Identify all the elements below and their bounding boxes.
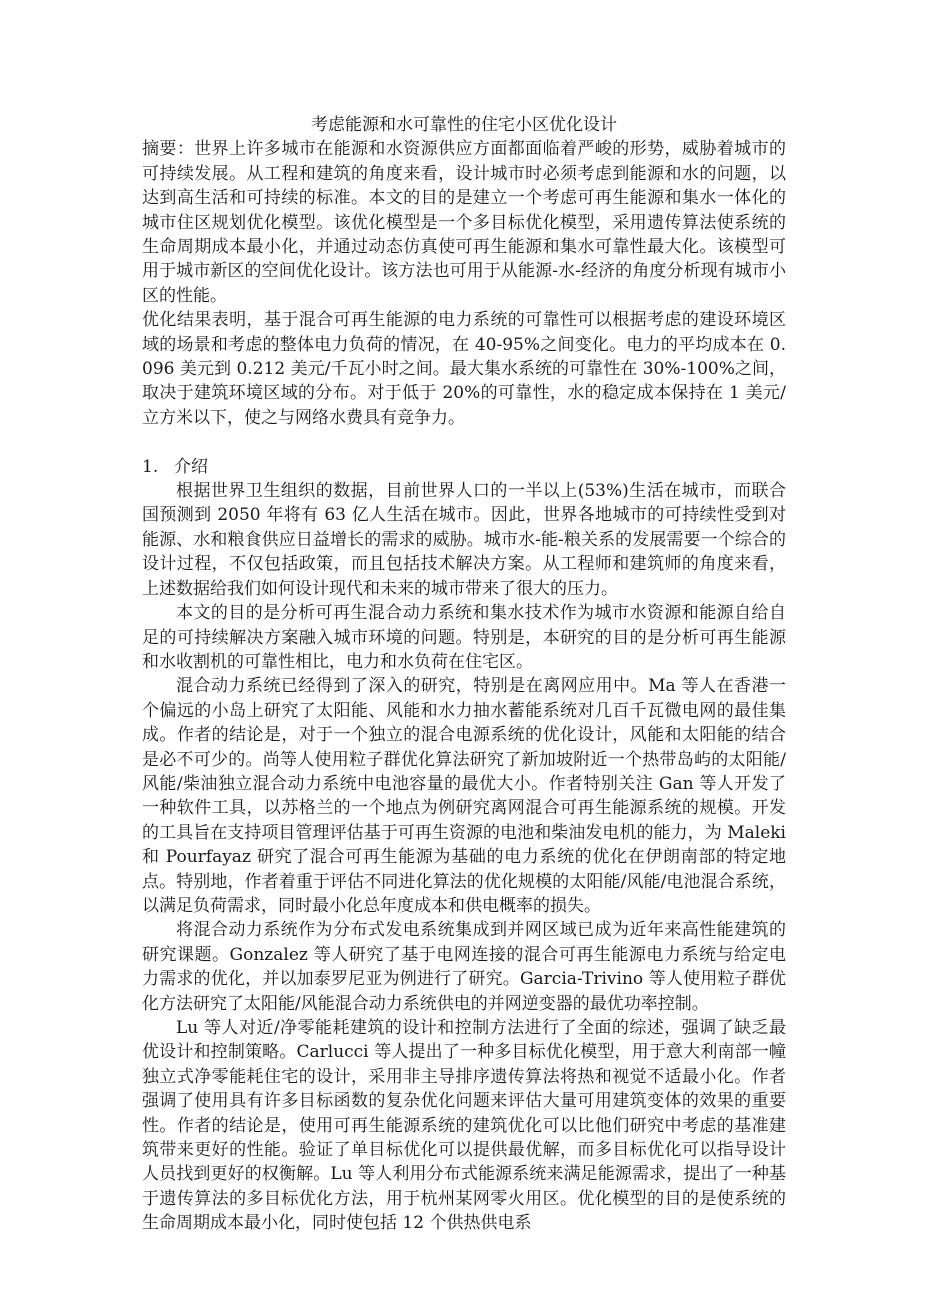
body-paragraph-2: 本文的目的是分析可再生混合动力系统和集水技术作为城市水资源和能源自给自足的可持续… xyxy=(142,601,786,674)
document-title: 考虑能源和水可靠性的住宅小区优化设计 xyxy=(142,113,786,137)
body-paragraph-4: 将混合动力系统作为分布式发电系统集成到并网区域已成为近年来高性能建筑的研究课题。… xyxy=(142,918,786,1016)
body-paragraph-3: 混合动力系统已经得到了深入的研究，特别是在离网应用中。Ma 等人在香港一个偏远的… xyxy=(142,674,786,918)
body-paragraph-5: Lu 等人对近/净零能耗建筑的设计和控制方法进行了全面的综述，强调了缺乏最优设计… xyxy=(142,1016,786,1236)
abstract-paragraph-2: 优化结果表明，基于混合可再生能源的电力系统的可靠性可以根据考虑的建设环境区域的场… xyxy=(142,308,786,430)
section-heading: 1.介绍 xyxy=(142,455,786,479)
spacer xyxy=(142,430,786,454)
section-number: 1. xyxy=(142,455,174,479)
section-title: 介绍 xyxy=(174,457,208,477)
abstract-paragraph-1: 摘要：世界上许多城市在能源和水资源供应方面都面临着严峻的形势，威胁着城市的可持续… xyxy=(142,137,786,308)
document-page: 考虑能源和水可靠性的住宅小区优化设计 摘要：世界上许多城市在能源和水资源供应方面… xyxy=(142,113,786,1236)
body-paragraph-1: 根据世界卫生组织的数据，目前世界人口的一半以上(53%)生活在城市，而联合国预测… xyxy=(142,479,786,601)
